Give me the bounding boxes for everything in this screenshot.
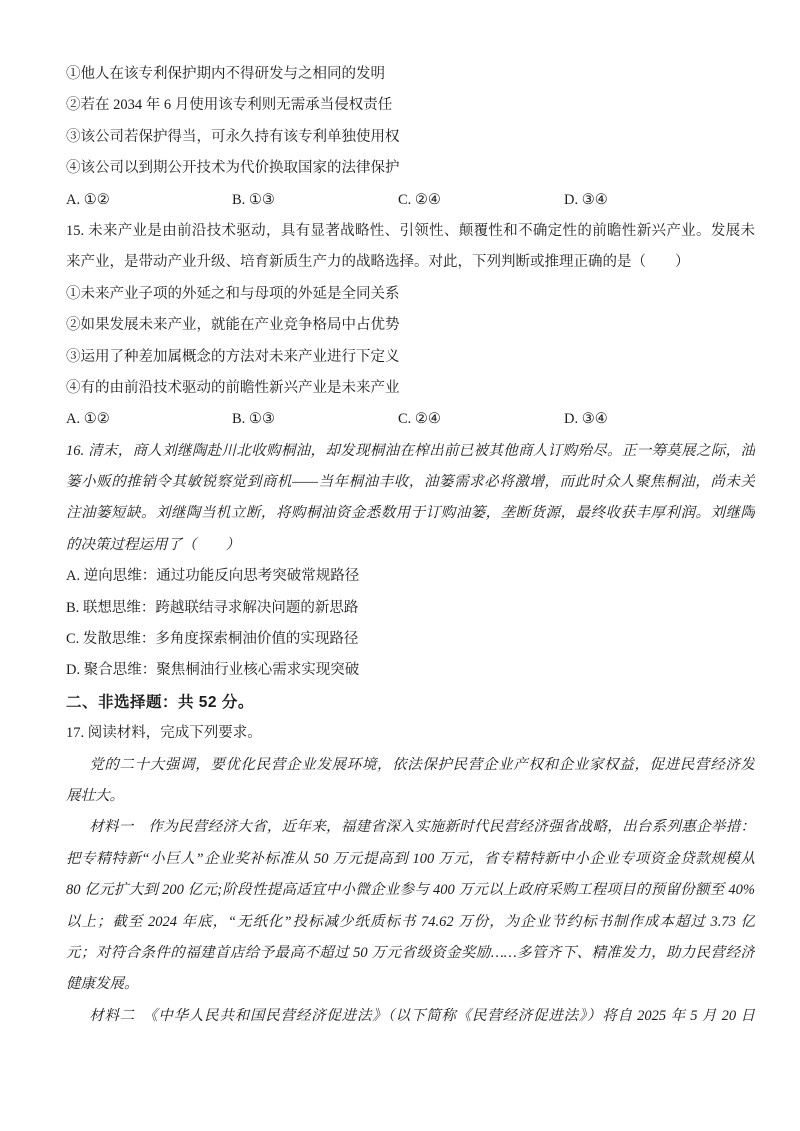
q17-material1-line-3: 80 亿元扩大到 200 亿元;阶段性提高适宜中小微企业参与 400 万元以上政… xyxy=(66,875,755,906)
q14-choice-3: ③该公司若保护得当，可永久持有该专利单独使用权 xyxy=(66,122,755,153)
q15-option-d: D. ③④ xyxy=(564,404,755,435)
q14-choice-1: ①他人在该专利保护期内不得研发与之相同的发明 xyxy=(66,59,755,90)
q17-para1-line-2: 展壮大。 xyxy=(66,781,755,812)
q15-choice-3: ③运用了种差加属概念的方法对未来产业进行下定义 xyxy=(66,342,755,373)
q16-stem-line-2: 篓小贩的推销令其敏锐察觉到商机——当年桐油丰收，油篓需求必将激增，而此时众人聚焦… xyxy=(66,467,755,498)
q15-choice-1: ①未来产业子项的外延之和与母项的外延是全同关系 xyxy=(66,279,755,310)
q16-stem-line-4: 的决策过程运用了（ ） xyxy=(66,530,755,561)
q16-option-a: A. 逆向思维：通过功能反向思考突破常规路径 xyxy=(66,561,755,592)
exam-document-page: ①他人在该专利保护期内不得研发与之相同的发明 ②若在 2034 年 6 月使用该… xyxy=(0,0,800,1131)
q15-choice-2: ②如果发展未来产业，就能在产业竞争格局中占优势 xyxy=(66,310,755,341)
q15-stem-line-1: 15. 未来产业是由前沿技术驱动，具有显著战略性、引领性、颠覆性和不确定性的前瞻… xyxy=(66,216,755,247)
q17-material1-line-5: 元；对符合条件的福建首店给予最高不超过 50 万元省级资金奖励……多管齐下、精准… xyxy=(66,938,755,969)
q17-material1-line-2: 把专精特新“小巨人”企业奖补标准从 50 万元提高到 100 万元，省专精特新中… xyxy=(66,844,755,875)
exam-page-content: ①他人在该专利保护期内不得研发与之相同的发明 ②若在 2034 年 6 月使用该… xyxy=(0,0,800,1032)
q14-option-c: C. ②④ xyxy=(398,185,564,216)
q17-para1-line-1: 党的二十大强调，要优化民营企业发展环境，依法保护民营企业产权和企业家权益，促进民… xyxy=(66,750,755,781)
q17-material2-line-1: 材料二 《中华人民共和国民营经济促进法》（以下简称《民营经济促进法》）将自 20… xyxy=(66,1001,755,1032)
q16-option-c: C. 发散思维：多角度探索桐油价值的实现路径 xyxy=(66,624,755,655)
q16-option-b: B. 联想思维：跨越联结寻求解决问题的新思路 xyxy=(66,593,755,624)
q15-option-c: C. ②④ xyxy=(398,404,564,435)
q15-option-a: A. ①② xyxy=(66,404,232,435)
q15-stem-line-2: 来产业，是带动产业升级、培育新质生产力的战略选择。对此，下列判断或推理正确的是（… xyxy=(66,247,755,278)
q15-options-row: A. ①② B. ①③ C. ②④ D. ③④ xyxy=(66,404,755,435)
q17-intro: 17. 阅读材料，完成下列要求。 xyxy=(66,718,755,749)
q16-option-d: D. 聚合思维：聚焦桐油行业核心需求实现突破 xyxy=(66,655,755,686)
q14-option-a: A. ①② xyxy=(66,185,232,216)
q14-option-b: B. ①③ xyxy=(232,185,398,216)
q15-option-b: B. ①③ xyxy=(232,404,398,435)
q14-choice-4: ④该公司以到期公开技术为代价换取国家的法律保护 xyxy=(66,153,755,184)
q14-choice-2: ②若在 2034 年 6 月使用该专利则无需承当侵权责任 xyxy=(66,90,755,121)
q16-stem-line-1: 16. 清末，商人刘继陶赴川北收购桐油，却发现桐油在榨出前已被其他商人订购殆尽。… xyxy=(66,436,755,467)
q17-material1-line-1: 材料一 作为民营经济大省，近年来，福建省深入实施新时代民营经济强省战略，出台系列… xyxy=(66,812,755,843)
section2-heading: 二、非选择题：共 52 分。 xyxy=(66,687,755,718)
q15-choice-4: ④有的由前沿技术驱动的前瞻性新兴产业是未来产业 xyxy=(66,373,755,404)
q16-stem-line-3: 注油篓短缺。刘继陶当机立断，将购桐油资金悉数用于订购油篓，垄断货源，最终收获丰厚… xyxy=(66,498,755,529)
q17-material1-line-4: 以上；截至 2024 年底，“无纸化”投标减少纸质标书 74.62 万份，为企业… xyxy=(66,907,755,938)
q14-options-row: A. ①② B. ①③ C. ②④ D. ③④ xyxy=(66,185,755,216)
q14-option-d: D. ③④ xyxy=(564,185,755,216)
q17-material1-line-6: 健康发展。 xyxy=(66,969,755,1000)
